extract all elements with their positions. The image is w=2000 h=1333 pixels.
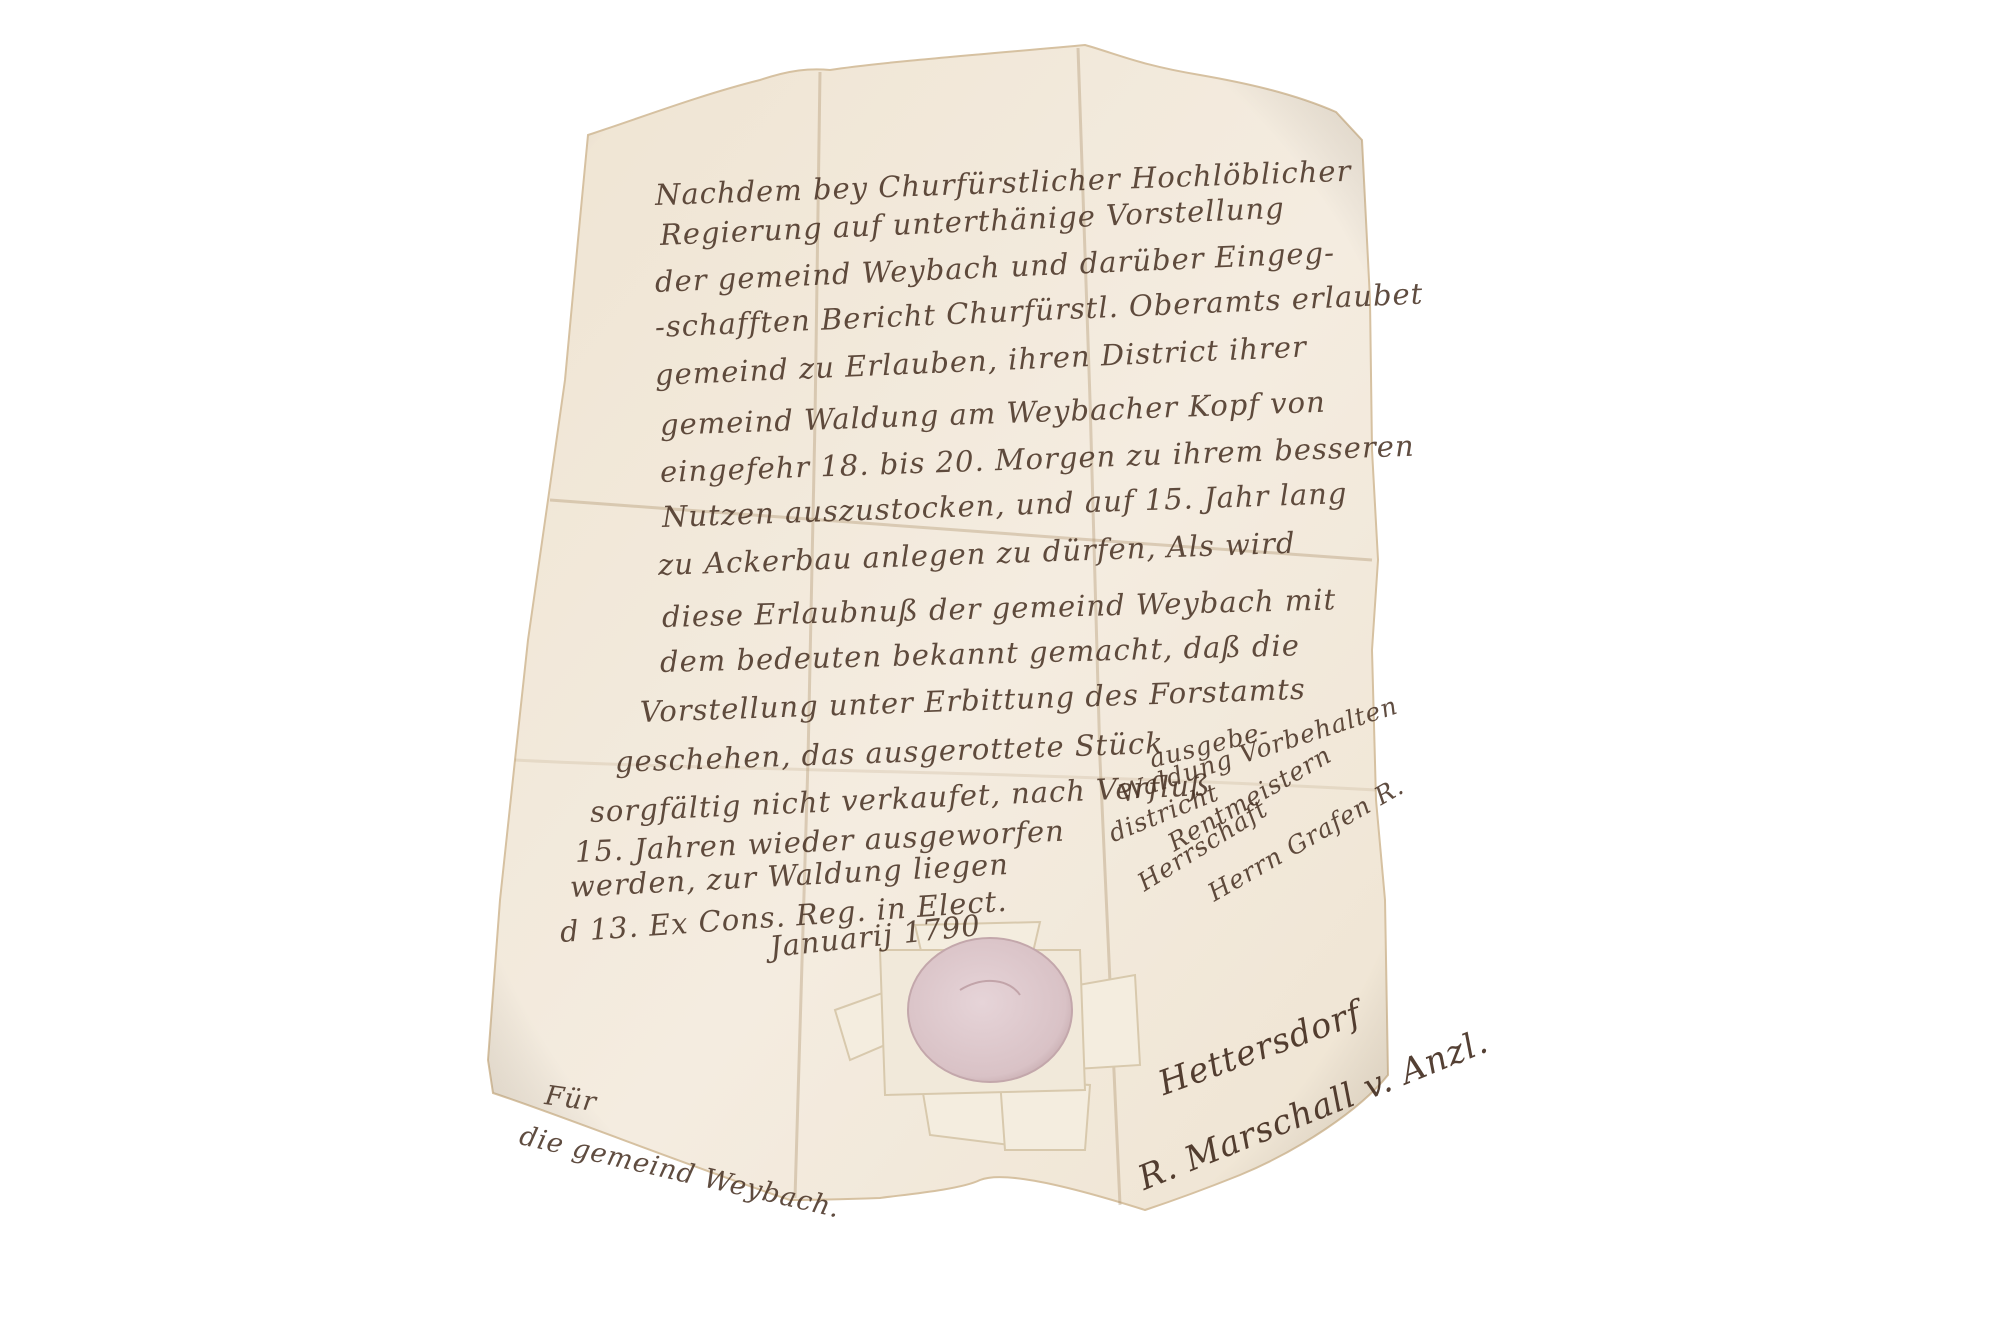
photo-stage: Nachdem bey Churfürstlicher Hochlöbliche… bbox=[0, 0, 2000, 1333]
wax-seal-disc bbox=[908, 938, 1072, 1082]
